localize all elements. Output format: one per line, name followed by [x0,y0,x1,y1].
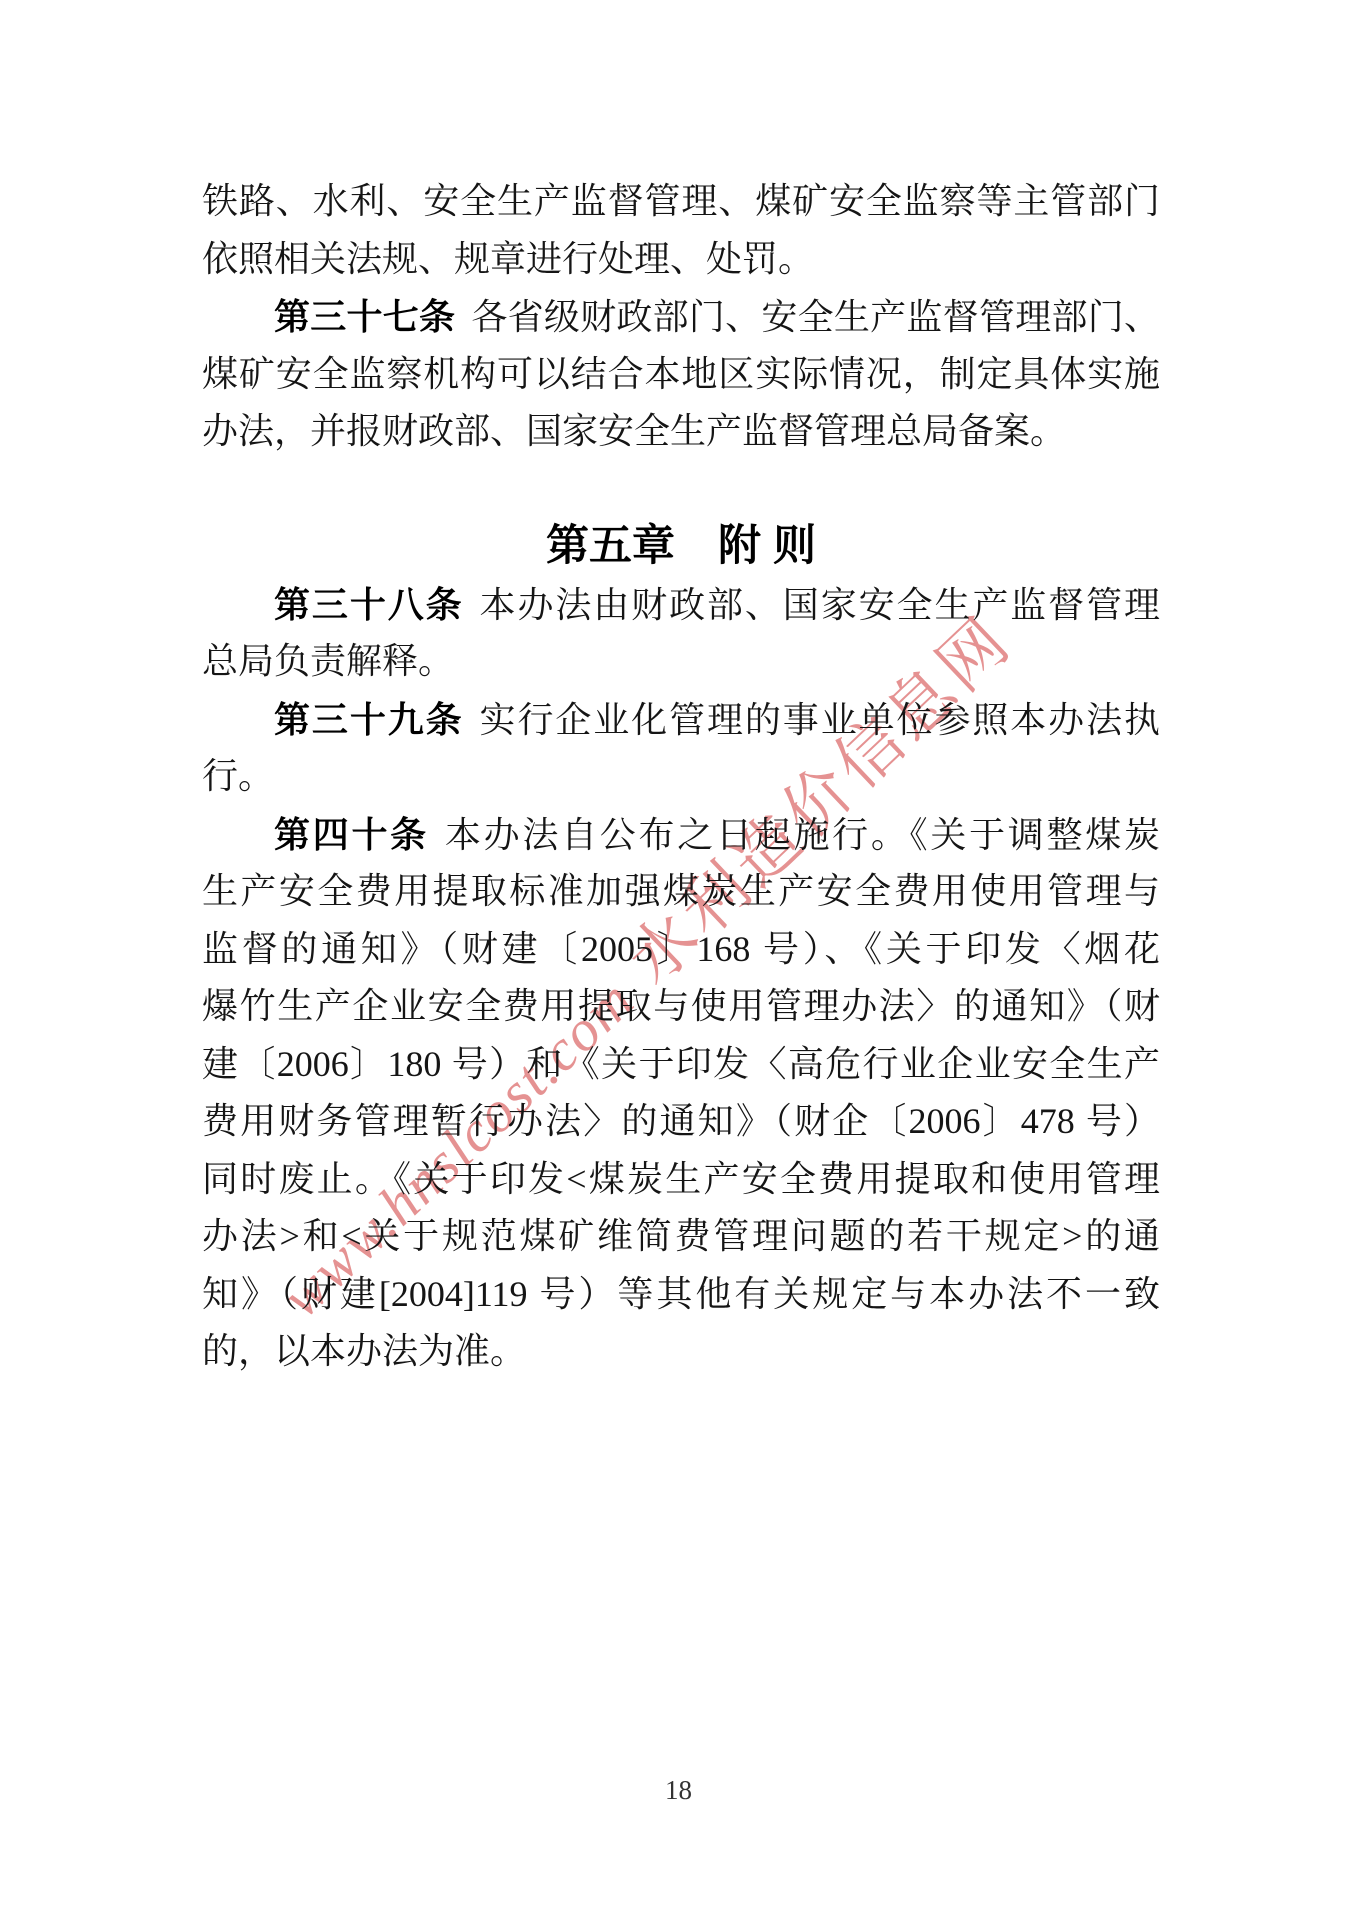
article-text: 各省级财政部门、安全生产监督管理部门、 [471,297,1160,337]
article-number: 第三十七条 [274,296,455,337]
article-number: 第四十条 [274,814,429,855]
text-line: 生产安全费用提取标准加强煤炭生产安全费用使用管理与 [202,863,1160,921]
text-line: 办法，并报财政部、国家安全生产监督管理总局备案。 [202,403,1160,461]
text-line: 同时废止。《关于印发<煤炭生产安全费用提取和使用管理 [202,1151,1160,1209]
chapter-heading: 第五章 附 则 [202,518,1160,576]
article-text: 实行企业化管理的事业单位参照本办法执 [480,700,1160,740]
text-line: 的，以本办法为准。 [202,1323,1160,1381]
body-text: 铁路、水利、安全生产监督管理、煤矿安全监察等主管部门 依照相关法规、规章进行处理… [202,173,1160,1381]
text-line: 知》（财建[2004]119 号）等其他有关规定与本办法不一致 [202,1266,1160,1324]
text-line: 第四十条本办法自公布之日起施行。《关于调整煤炭 [202,806,1160,864]
text-line: 总局负责解释。 [202,633,1160,691]
text-line: 行。 [202,748,1160,806]
text-line: 第三十八条本办法由财政部、国家安全生产监督管理 [202,576,1160,634]
blank-line [202,461,1160,519]
text-line: 办法>和<关于规范煤矿维简费管理问题的若干规定>的通 [202,1208,1160,1266]
text-line: 依照相关法规、规章进行处理、处罚。 [202,231,1160,289]
text-line: 监督的通知》（财建〔2005〕168 号）、《关于印发〈烟花 [202,921,1160,979]
article-text: 本办法由财政部、国家安全生产监督管理 [480,585,1160,625]
page-number: 18 [0,1775,1357,1806]
text-line: 铁路、水利、安全生产监督管理、煤矿安全监察等主管部门 [202,173,1160,231]
text-line: 费用财务管理暂行办法〉的通知》（财企〔2006〕478 号） [202,1093,1160,1151]
text-line: 爆竹生产企业安全费用提取与使用管理办法〉的通知》（财 [202,978,1160,1036]
document-page: www.hnslcost.com 水利造价信息网 铁路、水利、安全生产监督管理、… [0,0,1357,1920]
text-line: 第三十七条各省级财政部门、安全生产监督管理部门、 [202,288,1160,346]
article-text: 本办法自公布之日起施行。《关于调整煤炭 [445,815,1160,855]
text-line: 建〔2006〕180 号）和《关于印发〈高危行业企业安全生产 [202,1036,1160,1094]
article-number: 第三十九条 [274,699,464,740]
text-line: 第三十九条实行企业化管理的事业单位参照本办法执 [202,691,1160,749]
article-number: 第三十八条 [274,584,464,625]
text-line: 煤矿安全监察机构可以结合本地区实际情况，制定具体实施 [202,346,1160,404]
